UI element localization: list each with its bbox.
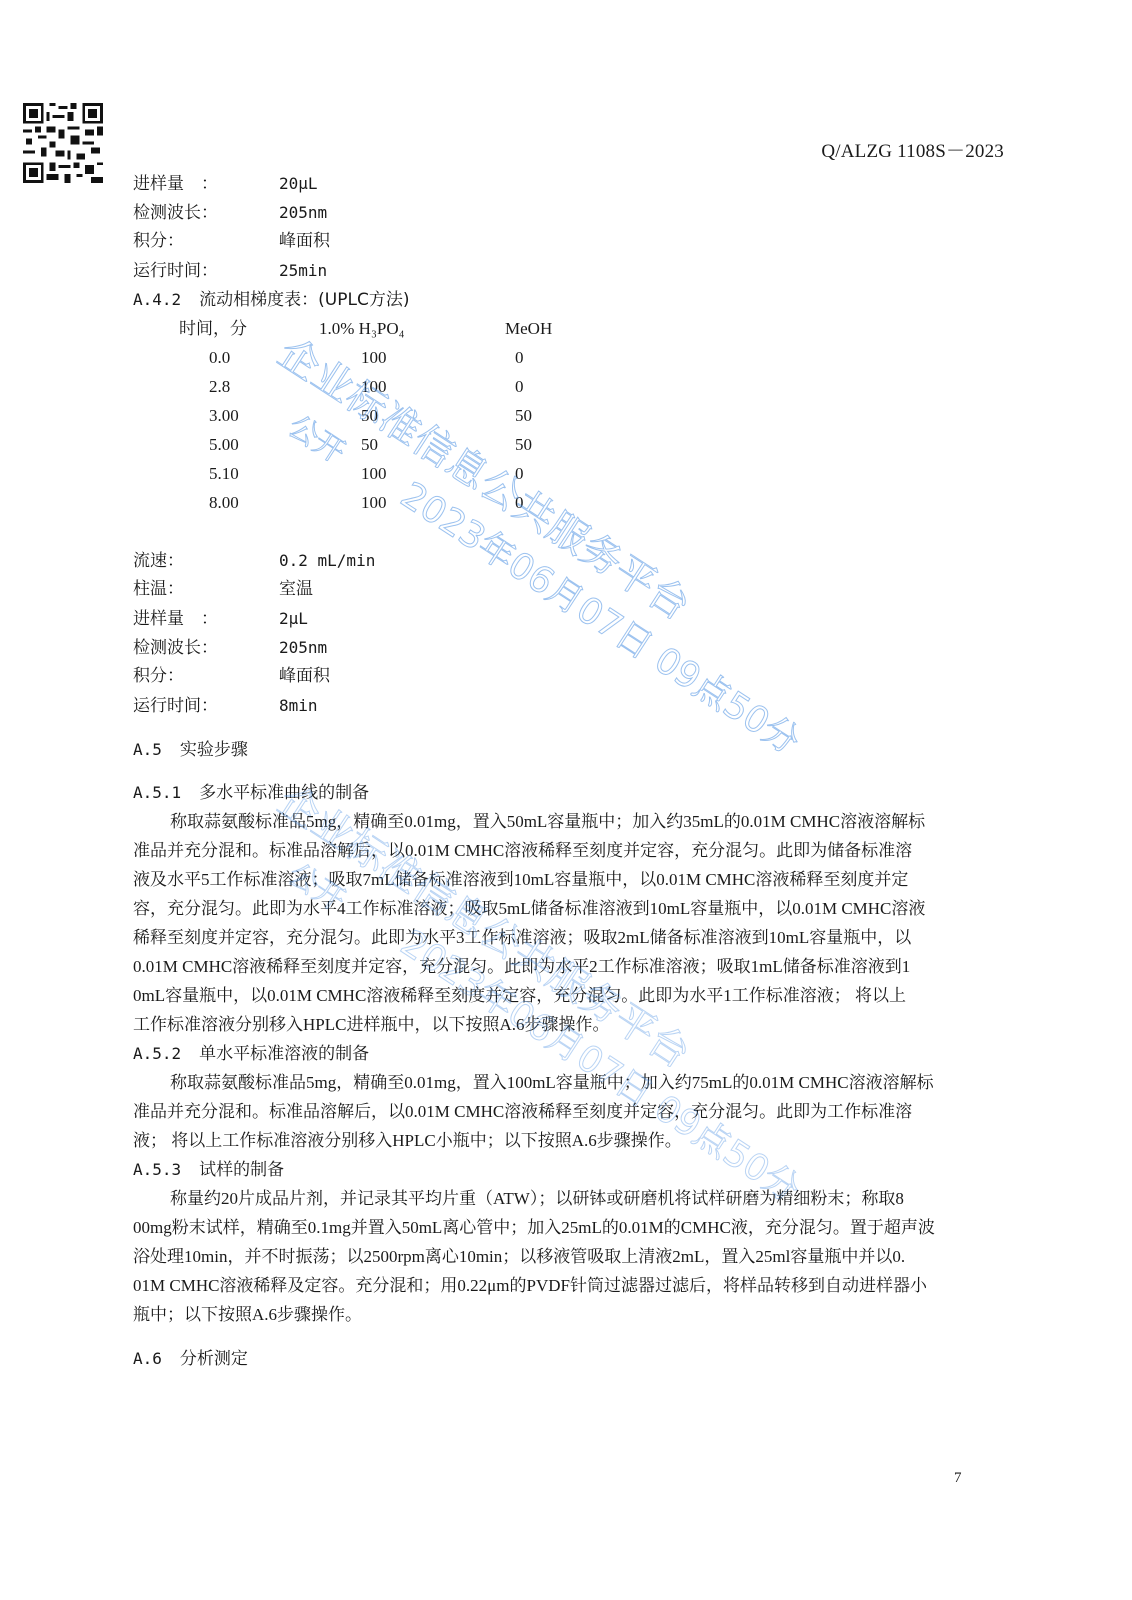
paragraph-a5-2: 称取蒜氨酸标准品5mg，精确至0.01mg，置入100mL容量瓶中；加入约75m… [133,1068,1005,1155]
param-run-time: 运行时间：25min [133,256,327,285]
section-heading-a5-3: A.5.3试样的制备 [133,1155,284,1185]
page-number: 7 [954,1470,962,1487]
section-heading-a5-2: A.5.2单水平标准溶液的制备 [133,1039,369,1069]
section-heading-a4-2: A.4.2流动相梯度表：(UPLC方法) [133,285,409,315]
param-run-time: 运行时间：8min [133,691,318,720]
param-integration: 积分：峰面积 [133,662,330,691]
section-heading-a5: A.5实验步骤 [133,735,248,765]
watermark-timestamp: 2023年06月07日 09点50分 [392,468,811,765]
param-flow-rate: 流速：0.2 mL/min [133,546,375,575]
watermark-public: 公开 [281,402,355,472]
param-wavelength: 检测波长：205nm [133,198,327,227]
param-wavelength: 检测波长：205nm [133,633,327,662]
section-heading-a6: A.6分析测定 [133,1344,248,1374]
param-injection-volume: 进样量 ：2μL [133,604,308,633]
document-code: Q/ALZG 1108S－2023 [821,136,1004,163]
qr-code-icon [20,100,106,186]
watermark-platform: 企业标准信息公共服务平台 [269,322,703,631]
param-injection-volume: 进样量 ：20μL [133,169,318,198]
param-integration: 积分：峰面积 [133,227,330,256]
param-column-temp: 柱温：室温 [133,575,313,604]
paragraph-a5-1: 称取蒜氨酸标准品5mg，精确至0.01mg，置入50mL容量瓶中；加入约35mL… [133,807,1005,1039]
paragraph-a5-3: 称量约20片成品片剂，并记录其平均片重（ATW）；以研钵或研磨机将试样研磨为精细… [133,1184,1005,1329]
section-heading-a5-1: A.5.1多水平标准曲线的制备 [133,778,369,808]
